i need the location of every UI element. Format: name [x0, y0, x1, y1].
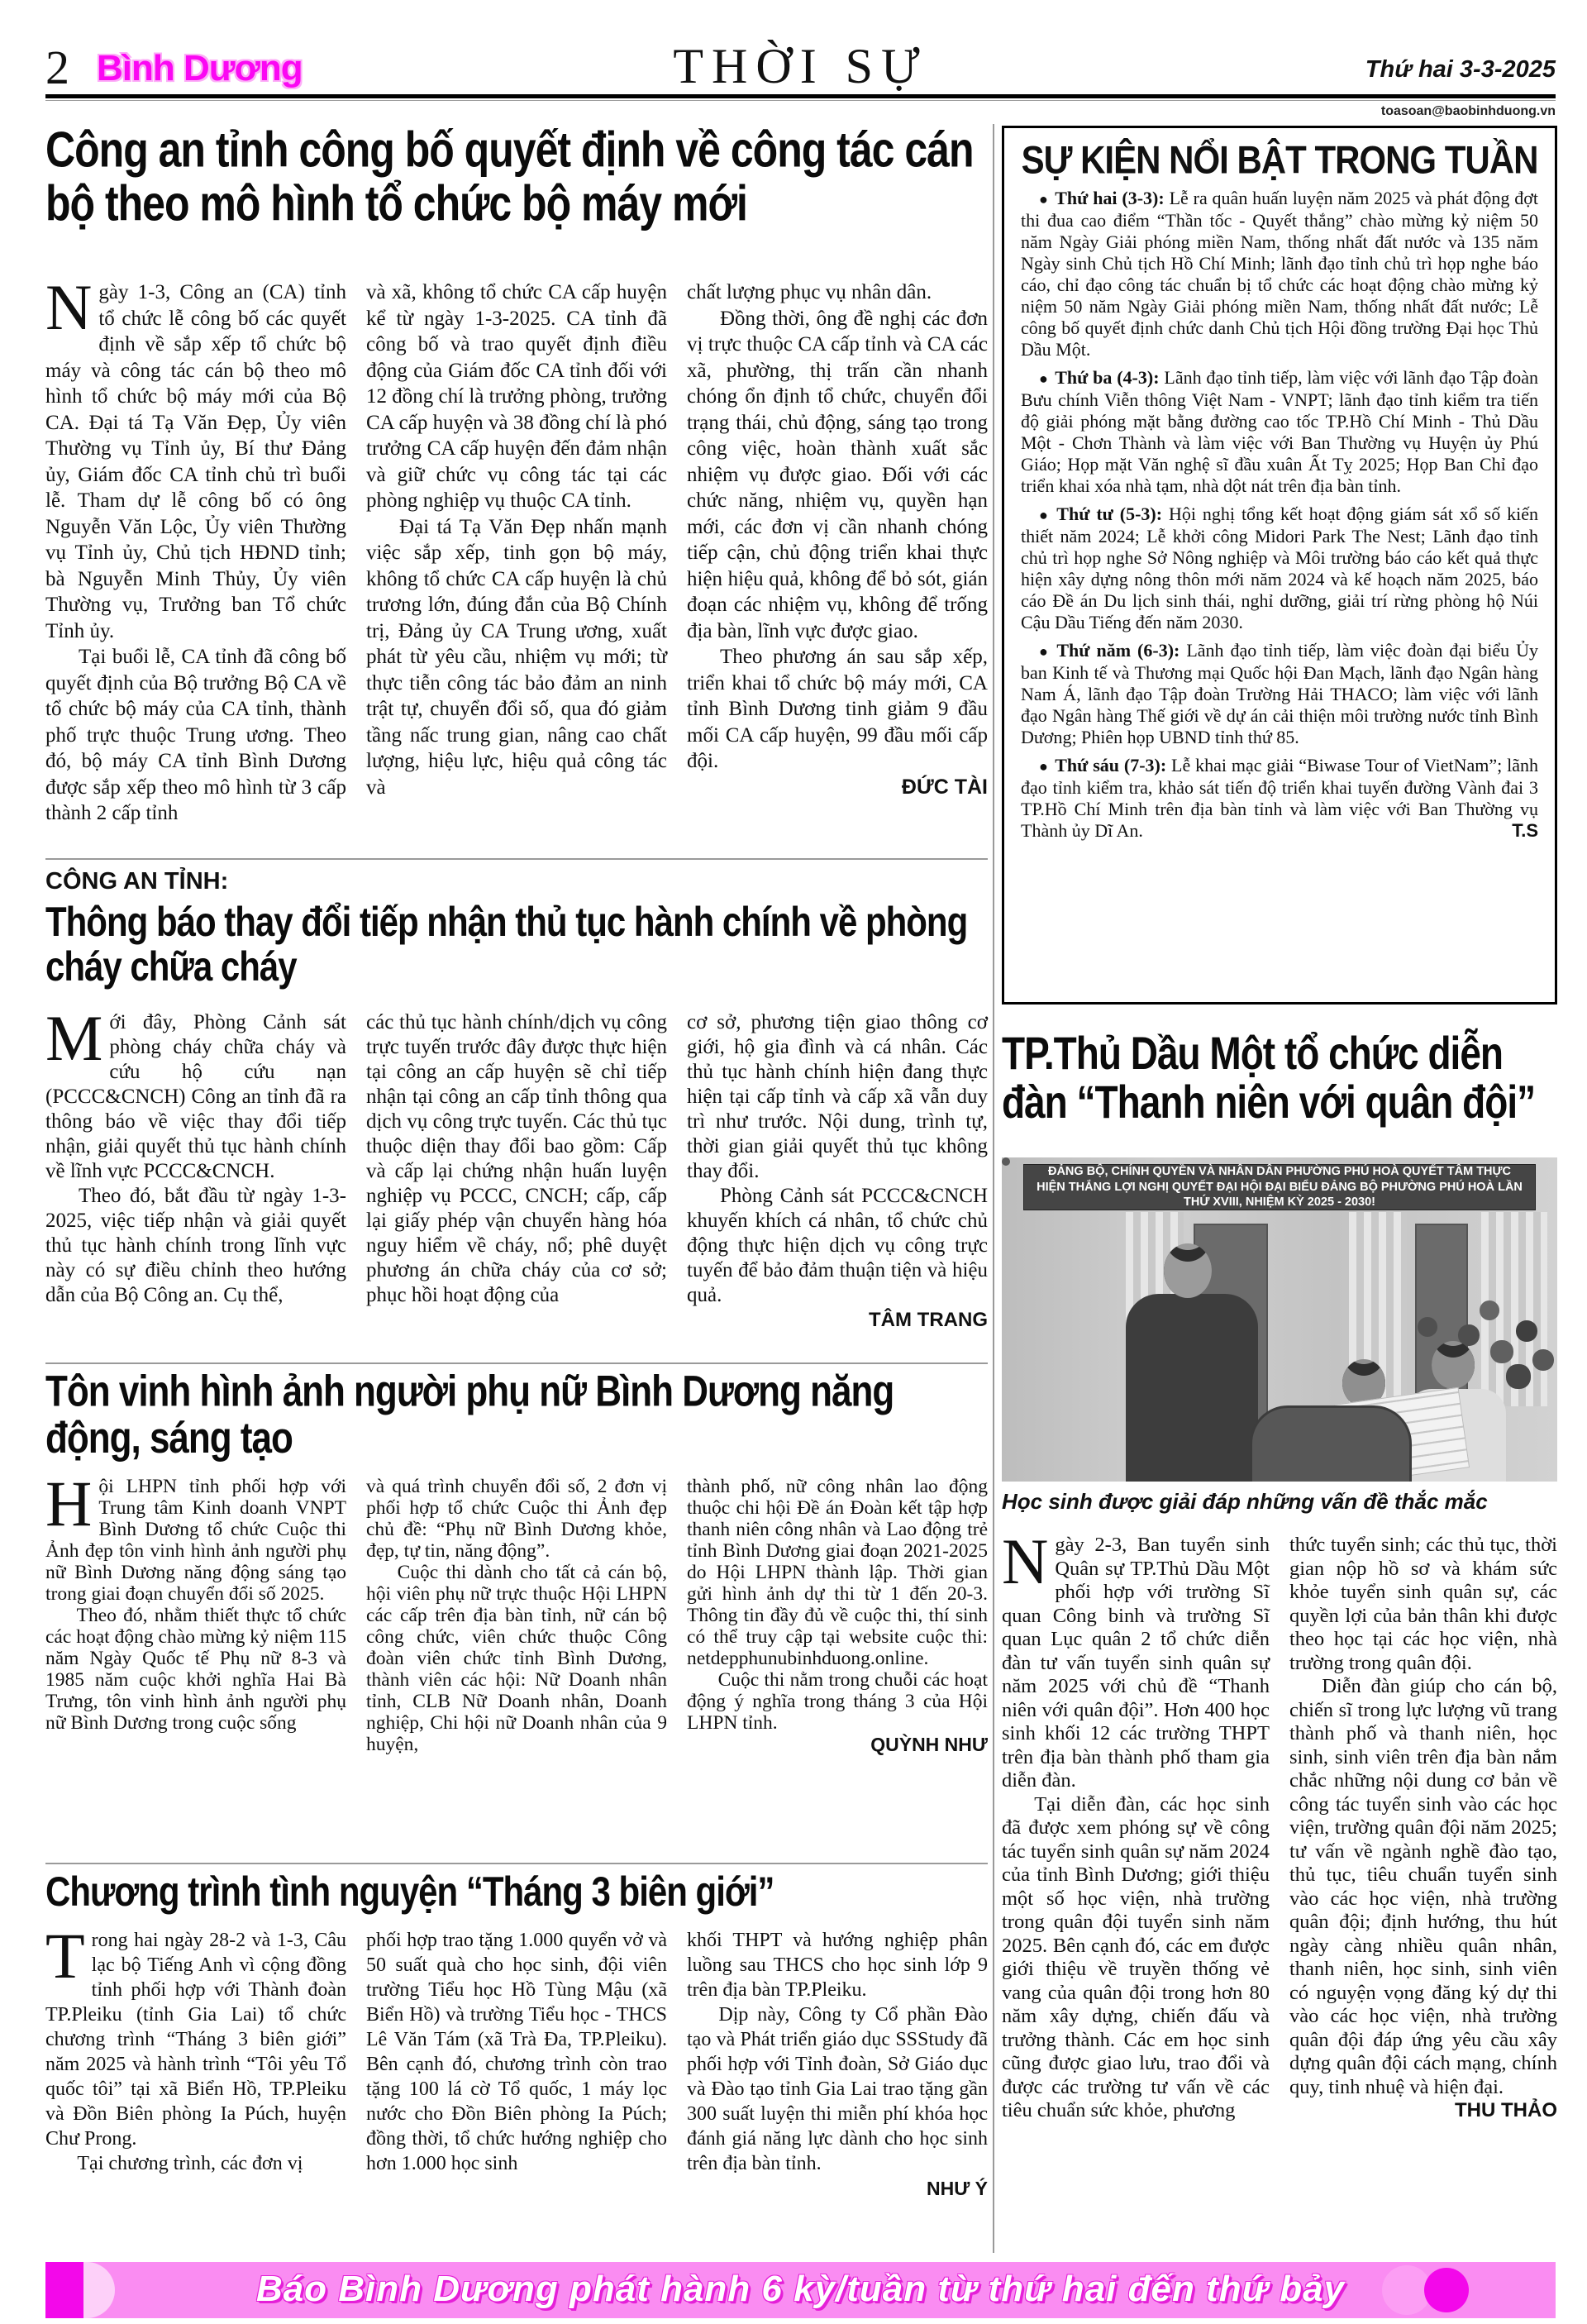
event-day: Thứ sáu (7-3):: [1055, 755, 1166, 775]
text-column: Hội LHPN tỉnh phối hợp với Trung tâm Kin…: [45, 1476, 346, 1755]
header-rule: [45, 94, 1556, 98]
photo-chair: [1250, 1405, 1412, 1482]
event-item: ●Thứ sáu (7-3): Lễ khai mạc giải “Biwase…: [1021, 755, 1538, 842]
article-body: Trong hai ngày 28-2 và 1-3, Câu lạc bộ T…: [45, 1928, 988, 2201]
text-column: chất lượng phục vụ nhân dân. Đồng thời, …: [687, 279, 988, 827]
paragraph: Mới đây, Phòng Cảnh sát phòng cháy chữa …: [45, 1010, 346, 1184]
text-column: khối THPT và hướng nghiệp phân luồng sau…: [687, 1928, 988, 2201]
text-column: Ngày 2-3, Ban tuyển sinh Quân sự TP.Thủ …: [1002, 1534, 1270, 2195]
article-headline: Công an tỉnh công bố quyết định về công …: [45, 124, 988, 230]
events-box-title: SỰ KIỆN NỔI BẬT TRONG TUẦN: [1021, 138, 1538, 183]
photo-banner-text: ĐẢNG BỘ, CHÍNH QUYỀN VÀ NHÂN DÂN PHƯỜNG …: [1023, 1164, 1536, 1210]
text-column: và quá trình chuyển đổi số, 2 đơn vị phố…: [366, 1476, 667, 1755]
text-column: Trong hai ngày 28-2 và 1-3, Câu lạc bộ T…: [45, 1928, 346, 2201]
byline: QUỲNH NHƯ: [687, 1734, 988, 1755]
paragraph: Diễn đàn giúp cho cán bộ, chiến sĩ trong…: [1289, 1675, 1557, 2099]
paragraph: Ngày 1-3, Công an (CA) tỉnh tổ chức lễ c…: [45, 279, 346, 644]
paragraph: thức tuyển sinh; các thủ tục, thời gian …: [1289, 1534, 1557, 1675]
paragraph: Tại chương trình, các đơn vị: [45, 2151, 346, 2176]
paragraph: cơ sở, phương tiện giao thông cơ giới, h…: [687, 1010, 988, 1184]
text-column: Mới đây, Phòng Cảnh sát phòng cháy chữa …: [45, 1010, 346, 1333]
promo-banner: Báo Bình Dương phát hành 6 kỳ/tuần từ th…: [45, 2262, 1556, 2318]
article-headline: TP.Thủ Dầu Một tổ chức diễn đàn “Thanh n…: [1002, 1029, 1557, 1127]
photo-officer-head: [1164, 1243, 1212, 1298]
article-body: Mới đây, Phòng Cảnh sát phòng cháy chữa …: [45, 1010, 988, 1333]
photo-officer: [1126, 1294, 1258, 1482]
event-item: ●Thứ hai (3-3): Lễ ra quân huấn luyện nă…: [1021, 188, 1538, 360]
paragraph: Trong hai ngày 28-2 và 1-3, Câu lạc bộ T…: [45, 1928, 346, 2151]
divider-rule: [45, 1863, 988, 1864]
paragraph: Đại tá Tạ Văn Đẹp nhấn mạnh việc sắp xếp…: [366, 514, 667, 801]
event-text: Lễ ra quân huấn luyện năm 2025 và phát đ…: [1021, 188, 1538, 360]
byline: TÂM TRANG: [687, 1308, 988, 1333]
divider-rule: [45, 1362, 988, 1364]
header-rule-thin: [45, 100, 1556, 101]
paragraph: Đồng thời, ông đề nghị các đơn vị trực t…: [687, 306, 988, 645]
article-body: Hội LHPN tỉnh phối hợp với Trung tâm Kin…: [45, 1476, 988, 1755]
text-column: các thủ tục hành chính/dịch vụ công trực…: [366, 1010, 667, 1333]
article-cong-an-quyet-dinh: Công an tỉnh công bố quyết định về công …: [45, 124, 988, 857]
photo-caption: Học sinh được giải đáp những vấn đề thắc…: [1002, 1489, 1488, 1515]
article-thang-3-bien-gioi: Chương trình tình nguyện “Tháng 3 biên g…: [45, 1870, 988, 2255]
column-divider: [993, 124, 994, 2253]
paragraph: Ngày 2-3, Ban tuyển sinh Quân sự TP.Thủ …: [1002, 1534, 1270, 1793]
article-dien-dan-thanh-nien-quan-doi: TP.Thủ Dầu Một tổ chức diễn đàn “Thanh n…: [1002, 1029, 1557, 2261]
drop-cap: N: [45, 279, 98, 332]
drop-cap: H: [45, 1476, 98, 1529]
bullet-icon: ●: [1039, 758, 1048, 775]
paragraph: và xã, không tổ chức CA cấp huyện kể từ …: [366, 279, 667, 514]
masthead: 2 Bình Dương THỜI SỰ Thứ hai 3-3-2025: [45, 33, 1556, 99]
promo-banner-text: Báo Bình Dương phát hành 6 kỳ/tuần từ th…: [45, 2269, 1556, 2310]
drop-cap: N: [1002, 1534, 1055, 1587]
editorial-email: toasoan@baobinhduong.vn: [1381, 104, 1556, 119]
newspaper-page: 2 Bình Dương THỜI SỰ Thứ hai 3-3-2025 to…: [0, 0, 1587, 2324]
drop-cap: M: [45, 1010, 109, 1063]
byline: NHƯ Ý: [687, 2176, 988, 2201]
bullet-icon: ●: [1039, 191, 1048, 208]
article-headline: Chương trình tình nguyện “Tháng 3 biên g…: [45, 1870, 988, 1915]
article-ton-vinh-phu-nu: Tôn vinh hình ảnh người phụ nữ Bình Dươn…: [45, 1368, 988, 1863]
article-body: Ngày 1-3, Công an (CA) tỉnh tổ chức lễ c…: [45, 279, 988, 827]
bullet-icon: ●: [1039, 643, 1050, 660]
article-headline: Thông báo thay đổi tiếp nhận thủ tục hàn…: [45, 900, 988, 990]
paragraph: các thủ tục hành chính/dịch vụ công trực…: [366, 1010, 667, 1308]
paragraph: Dịp này, Công ty Cổ phần Đào tạo và Phát…: [687, 2002, 988, 2176]
article-headline: Tôn vinh hình ảnh người phụ nữ Bình Dươn…: [45, 1368, 988, 1462]
paragraph: Cuộc thi dành cho tất cả cán bộ, hội viê…: [366, 1562, 667, 1755]
paragraph: thành phố, nữ công nhân lao động thuộc c…: [687, 1476, 988, 1669]
event-day: Thứ năm (6-3):: [1056, 640, 1180, 661]
drop-cap: T: [45, 1928, 92, 1981]
event-item: ●Thứ năm (6-3): Lãnh đạo tỉnh tiếp, làm …: [1021, 640, 1538, 748]
photo-crowd: [1002, 1157, 1010, 1166]
paragraph: Theo đó, nhằm thiết thực tổ chức các hoạ…: [45, 1605, 346, 1734]
text-column: Ngày 1-3, Công an (CA) tỉnh tổ chức lễ c…: [45, 279, 346, 827]
paragraph: Theo đó, bắt đầu từ ngày 1-3-2025, việc …: [45, 1184, 346, 1308]
article-body: Ngày 2-3, Ban tuyển sinh Quân sự TP.Thủ …: [1002, 1534, 1557, 2195]
event-day: Thứ tư (5-3):: [1056, 503, 1162, 524]
text-column: thành phố, nữ công nhân lao động thuộc c…: [687, 1476, 988, 1755]
section-title: THỜI SỰ: [45, 38, 1556, 95]
paragraph: Theo phương án sau sắp xếp, triển khai t…: [687, 644, 988, 775]
article-pccc-thong-bao: CÔNG AN TỈNH: Thông báo thay đổi tiếp nh…: [45, 868, 988, 1362]
divider-rule: [45, 858, 988, 860]
article-kicker: CÔNG AN TỈNH:: [45, 868, 988, 895]
paragraph: Tại buổi lễ, CA tỉnh đã công bố quyết đị…: [45, 644, 346, 827]
events-signature: T.S: [1512, 820, 1538, 842]
paragraph: và quá trình chuyển đổi số, 2 đơn vị phố…: [366, 1476, 667, 1562]
paragraph: Cuộc thi nằm trong chuỗi các hoạt động ý…: [687, 1669, 988, 1734]
text-column: và xã, không tổ chức CA cấp huyện kể từ …: [366, 279, 667, 827]
photo-student-head: [1432, 1341, 1475, 1389]
paragraph: khối THPT và hướng nghiệp phân luồng sau…: [687, 1928, 988, 2002]
text-column: phối hợp trao tặng 1.000 quyển vở và 50 …: [366, 1928, 667, 2201]
photo-curtain: [1481, 1212, 1547, 1406]
issue-date: Thứ hai 3-3-2025: [1365, 56, 1556, 84]
text-column: cơ sở, phương tiện giao thông cơ giới, h…: [687, 1010, 988, 1333]
paragraph: Phòng Cảnh sát PCCC&CNCH khuyến khích cá…: [687, 1184, 988, 1308]
paragraph: Hội LHPN tỉnh phối hợp với Trung tâm Kin…: [45, 1476, 346, 1605]
text-column: thức tuyển sinh; các thủ tục, thời gian …: [1289, 1534, 1557, 2195]
byline: ĐỨC TÀI: [687, 775, 988, 801]
paragraph: chất lượng phục vụ nhân dân.: [687, 279, 988, 306]
event-photo: ĐẢNG BỘ, CHÍNH QUYỀN VÀ NHÂN DÂN PHƯỜNG …: [1002, 1157, 1557, 1482]
paragraph: Tại diễn đàn, các học sinh đã được xem p…: [1002, 1793, 1270, 2123]
paragraph: phối hợp trao tặng 1.000 quyển vở và 50 …: [366, 1928, 667, 2176]
event-item: ●Thứ ba (4-3): Lãnh đạo tỉnh tiếp, làm v…: [1021, 367, 1538, 497]
event-item: ●Thứ tư (5-3): Hội nghị tổng kết hoạt độ…: [1021, 503, 1538, 633]
bullet-icon: ●: [1039, 507, 1050, 523]
byline: THU THẢO: [1289, 2099, 1557, 2123]
bullet-icon: ●: [1039, 370, 1048, 387]
event-day: Thứ hai (3-3):: [1055, 188, 1164, 208]
event-day: Thứ ba (4-3):: [1055, 367, 1159, 388]
weekly-events-box: SỰ KIỆN NỔI BẬT TRONG TUẦN ●Thứ hai (3-3…: [1002, 126, 1557, 1005]
